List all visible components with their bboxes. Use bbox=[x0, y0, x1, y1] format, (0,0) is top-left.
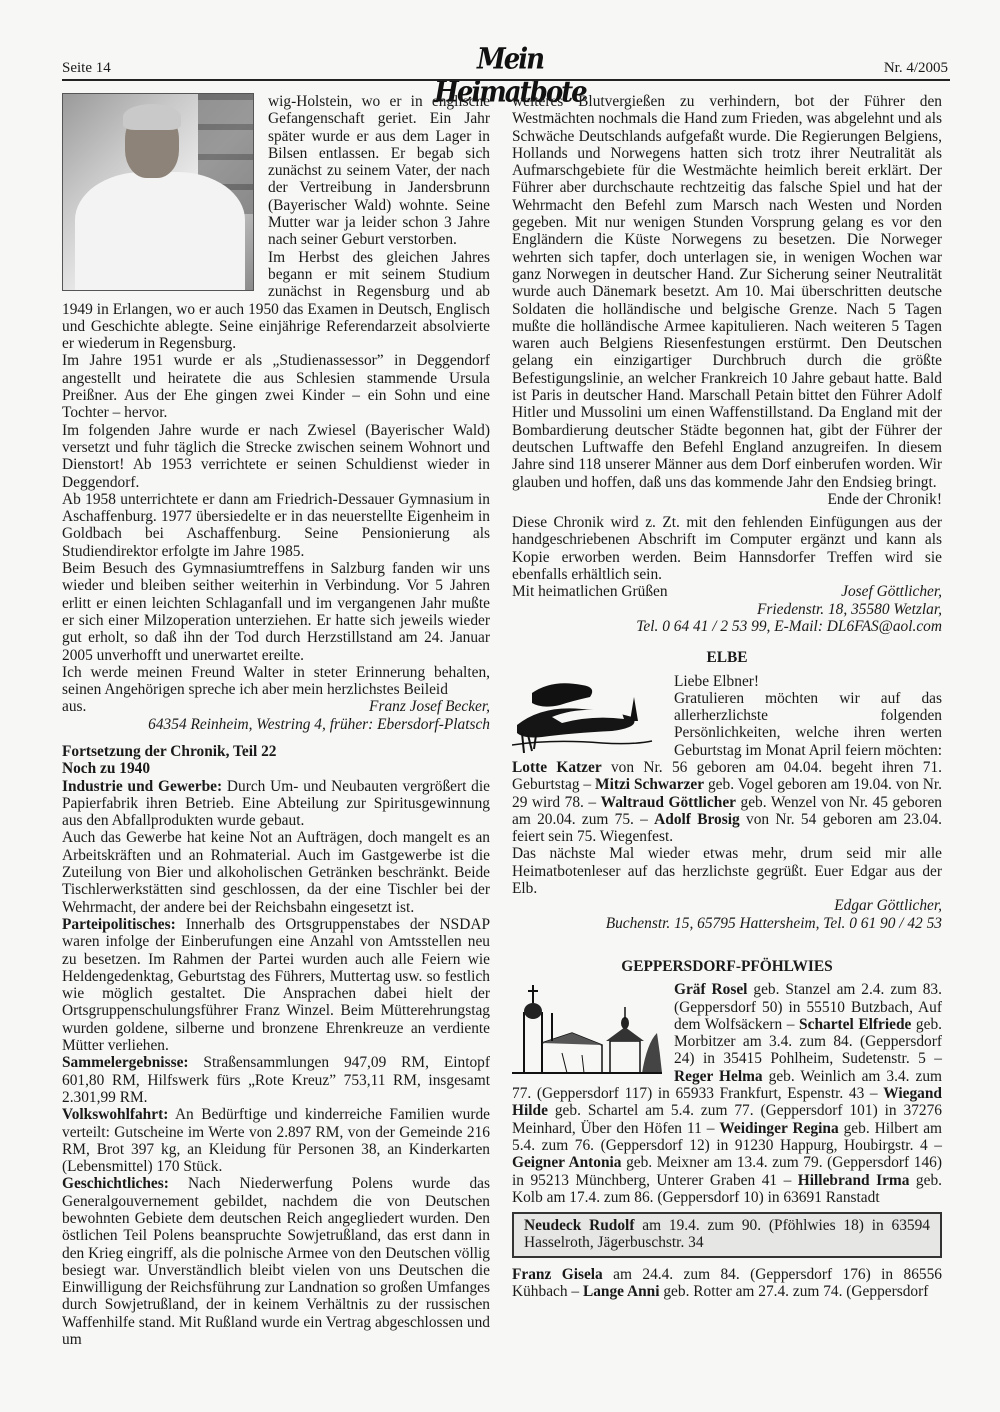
obituary-paragraph: Im Jahre 1951 wurde er als „Studienasses… bbox=[62, 352, 490, 421]
obituary-signature-row: aus. Franz Josef Becker, bbox=[62, 698, 490, 715]
obituary-paragraph: Im folgenden Jahre wurde er nach Zwiesel… bbox=[62, 422, 490, 491]
obituary-paragraph: Ich werde meinen Freund Walter in steter… bbox=[62, 664, 490, 699]
chronik-author-address: Friedenstr. 18, 35580 Wetzlar, bbox=[512, 601, 942, 618]
chronik-section: Industrie und Gewerbe: Durch Um- und Neu… bbox=[62, 778, 490, 830]
chronik-section: Geschichtliches: Nach Niederwerfung Pole… bbox=[62, 1175, 490, 1348]
chronik-subtitle: Noch zu 1940 bbox=[62, 760, 490, 777]
obituary-paragraph: Beim Besuch des Gymnasiumtreffens in Sal… bbox=[62, 560, 490, 664]
greeting: Mit heimatlichen Grüßen bbox=[512, 583, 668, 600]
left-column: wig-Holstein, wo er in englische Gefange… bbox=[62, 93, 490, 1348]
page-number: Seite 14 bbox=[62, 60, 111, 77]
elbe-author-address: Buchenstr. 15, 65795 Hattersheim, Tel. 0… bbox=[512, 915, 942, 932]
chronik-author-contact: Tel. 0 64 41 / 2 53 99, E-Mail: DL6FAS@a… bbox=[512, 618, 942, 635]
chronik-author: Josef Göttlicher, bbox=[841, 583, 942, 600]
obituary-paragraph: Ab 1958 unterrichtete er dann am Friedri… bbox=[62, 491, 490, 560]
chronik-continued: weiteres Blutvergießen zu verhindern, bo… bbox=[512, 93, 942, 491]
chronik-section: Volkswohlfahrt: An Bedürftige und kinder… bbox=[62, 1106, 490, 1175]
chronik-section: Parteipolitisches: Innerhalb des Ortsgru… bbox=[62, 916, 490, 1054]
geppersdorf-title: GEPPERSDORF-PFÖHLWIES bbox=[512, 958, 942, 975]
chronik-section: Auch das Gewerbe hat keine Not an Aufträ… bbox=[62, 829, 490, 915]
chronik-section: Sammelergebnisse: Straßensammlungen 947,… bbox=[62, 1054, 490, 1106]
chronik-signature-row: Mit heimatlichen Grüßen Josef Göttlicher… bbox=[512, 583, 942, 600]
header-rule bbox=[62, 79, 950, 81]
church-illustration-icon bbox=[512, 983, 662, 1075]
geppersdorf-birthdays-continued: Franz Gisela am 24.4. zum 84. (Geppersdo… bbox=[512, 1266, 942, 1301]
landscape-illustration-icon bbox=[512, 675, 662, 753]
chronik-end: Ende der Chronik! bbox=[512, 491, 942, 508]
issue-number: Nr. 4/2005 bbox=[884, 60, 948, 77]
elbe-closing: Das nächste Mal wieder etwas mehr, drum … bbox=[512, 845, 942, 897]
obituary-author: Franz Josef Becker, bbox=[369, 698, 490, 715]
elbe-title: ELBE bbox=[512, 649, 942, 666]
elbe-birthdays: Lotte Katzer von Nr. 56 geboren am 04.04… bbox=[512, 759, 942, 845]
highlighted-birthday-box: Neudeck Rudolf am 19.4. zum 90. (Pföhlwi… bbox=[512, 1212, 942, 1258]
page-header: Seite 14 Mein Heimatbote Nr. 4/2005 bbox=[0, 0, 1000, 82]
portrait-photo bbox=[62, 93, 254, 291]
right-column: weiteres Blutvergießen zu verhindern, bo… bbox=[512, 93, 942, 1300]
chronik-note: Diese Chronik wird z. Zt. mit den fehlen… bbox=[512, 514, 942, 583]
elbe-author: Edgar Göttlicher, bbox=[512, 897, 942, 914]
obituary-address: 64354 Reinheim, Westring 4, früher: Eber… bbox=[62, 716, 490, 733]
chronik-title: Fortsetzung der Chronik, Teil 22 bbox=[62, 743, 490, 760]
